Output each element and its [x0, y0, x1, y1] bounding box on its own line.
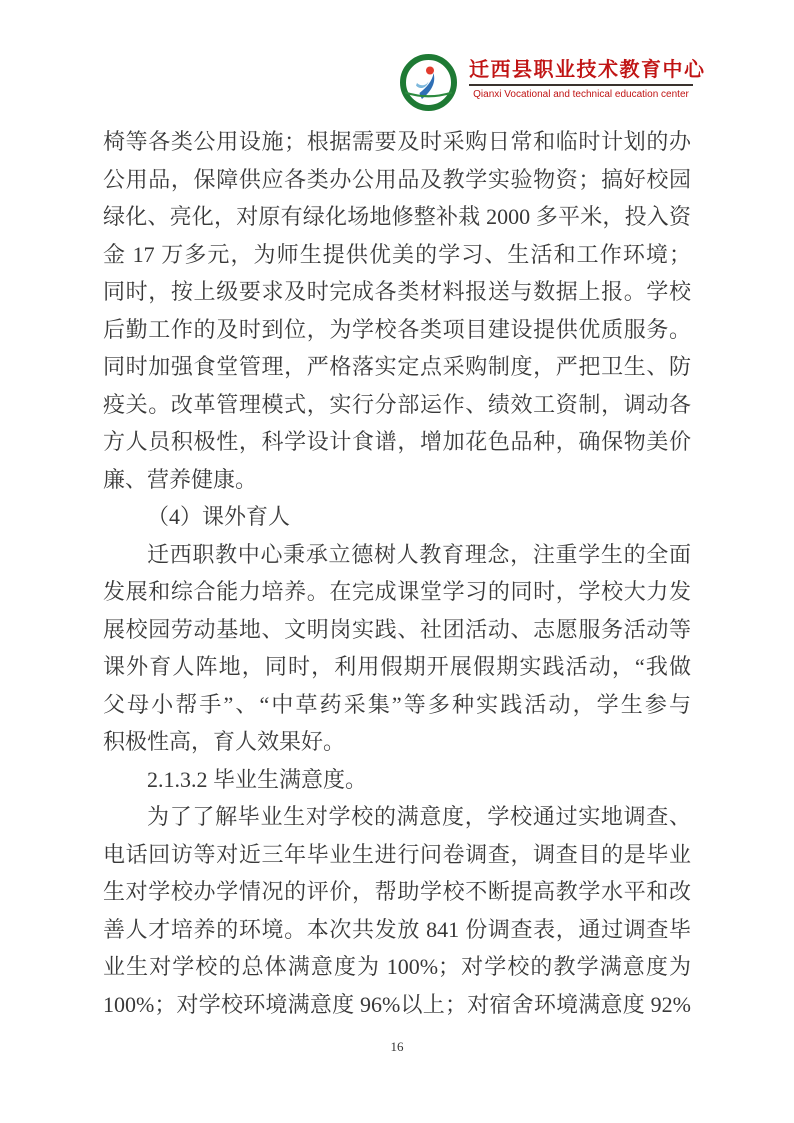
text-line: 迁西职教中心秉承立德树人教育理念，注重学生的全面 [103, 536, 691, 574]
text-line: 善人才培养的环境。本次共发放 841 份调查表，通过调查毕 [103, 911, 691, 949]
text-line: 电话回访等对近三年毕业生进行问卷调查，调查目的是毕业 [103, 836, 691, 874]
text-line: 同时，按上级要求及时完成各类材料报送与数据上报。学校 [103, 273, 691, 311]
letterhead-divider [469, 84, 693, 86]
school-name-english: Qianxi Vocational and technical educatio… [469, 88, 693, 102]
text-line: 同时加强食堂管理，严格落实定点采购制度，严把卫生、防 [103, 348, 691, 386]
school-name-chinese: 迁西县职业技术教育中心 [469, 58, 693, 82]
text-line: 课外育人阵地，同时，利用假期开展假期实践活动，“我做 [103, 648, 691, 686]
text-line: 绿化、亮化，对原有绿化场地修整补栽 2000 多平米，投入资 [103, 198, 691, 236]
text-line: 父母小帮手”、“中草药采集”等多种实践活动，学生参与 [103, 686, 691, 724]
page-footer: 16 [0, 1038, 794, 1056]
logo-sun-icon [426, 67, 434, 75]
text-line: 为了了解毕业生对学校的满意度，学校通过实地调查、 [103, 798, 691, 836]
text-line: 廉、营养健康。 [103, 461, 691, 499]
text-line: 发展和综合能力培养。在完成课堂学习的同时，学校大力发 [103, 573, 691, 611]
letterhead-titles: 迁西县职业技术教育中心 Qianxi Vocational and techni… [469, 54, 693, 102]
document-page: 迁西县职业技术教育中心 迁西县职业技术教育中心 Qianxi Vocationa… [0, 0, 794, 1123]
school-logo-icon: 迁西县职业技术教育中心 [400, 54, 457, 111]
text-line: 金 17 万多元，为师生提供优美的学习、生活和工作环境； [103, 236, 691, 274]
text-line: 业生对学校的总体满意度为 100%；对学校的教学满意度为 [103, 948, 691, 986]
text-line: （4）课外育人 [103, 498, 691, 536]
page-number: 16 [391, 1039, 404, 1054]
letterhead: 迁西县职业技术教育中心 迁西县职业技术教育中心 Qianxi Vocationa… [400, 54, 693, 111]
text-line: 后勤工作的及时到位，为学校各类项目建设提供优质服务。 [103, 311, 691, 349]
text-line: 100%；对学校环境满意度 96%以上；对宿舍环境满意度 92% [103, 986, 691, 1024]
text-line: 椅等各类公用设施；根据需要及时采购日常和临时计划的办 [103, 123, 691, 161]
text-line: 2.1.3.2 毕业生满意度。 [103, 761, 691, 799]
text-line: 方人员积极性，科学设计食谱，增加花色品种，确保物美价 [103, 423, 691, 461]
text-line: 积极性高，育人效果好。 [103, 723, 691, 761]
document-body-text: 椅等各类公用设施；根据需要及时采购日常和临时计划的办公用品，保障供应各类办公用品… [103, 123, 691, 1023]
text-line: 生对学校办学情况的评价，帮助学校不断提高教学水平和改 [103, 873, 691, 911]
text-line: 展校园劳动基地、文明岗实践、社团活动、志愿服务活动等 [103, 611, 691, 649]
text-line: 疫关。改革管理模式，实行分部运作、绩效工资制，调动各 [103, 386, 691, 424]
text-line: 公用品，保障供应各类办公用品及教学实验物资；搞好校园 [103, 161, 691, 199]
